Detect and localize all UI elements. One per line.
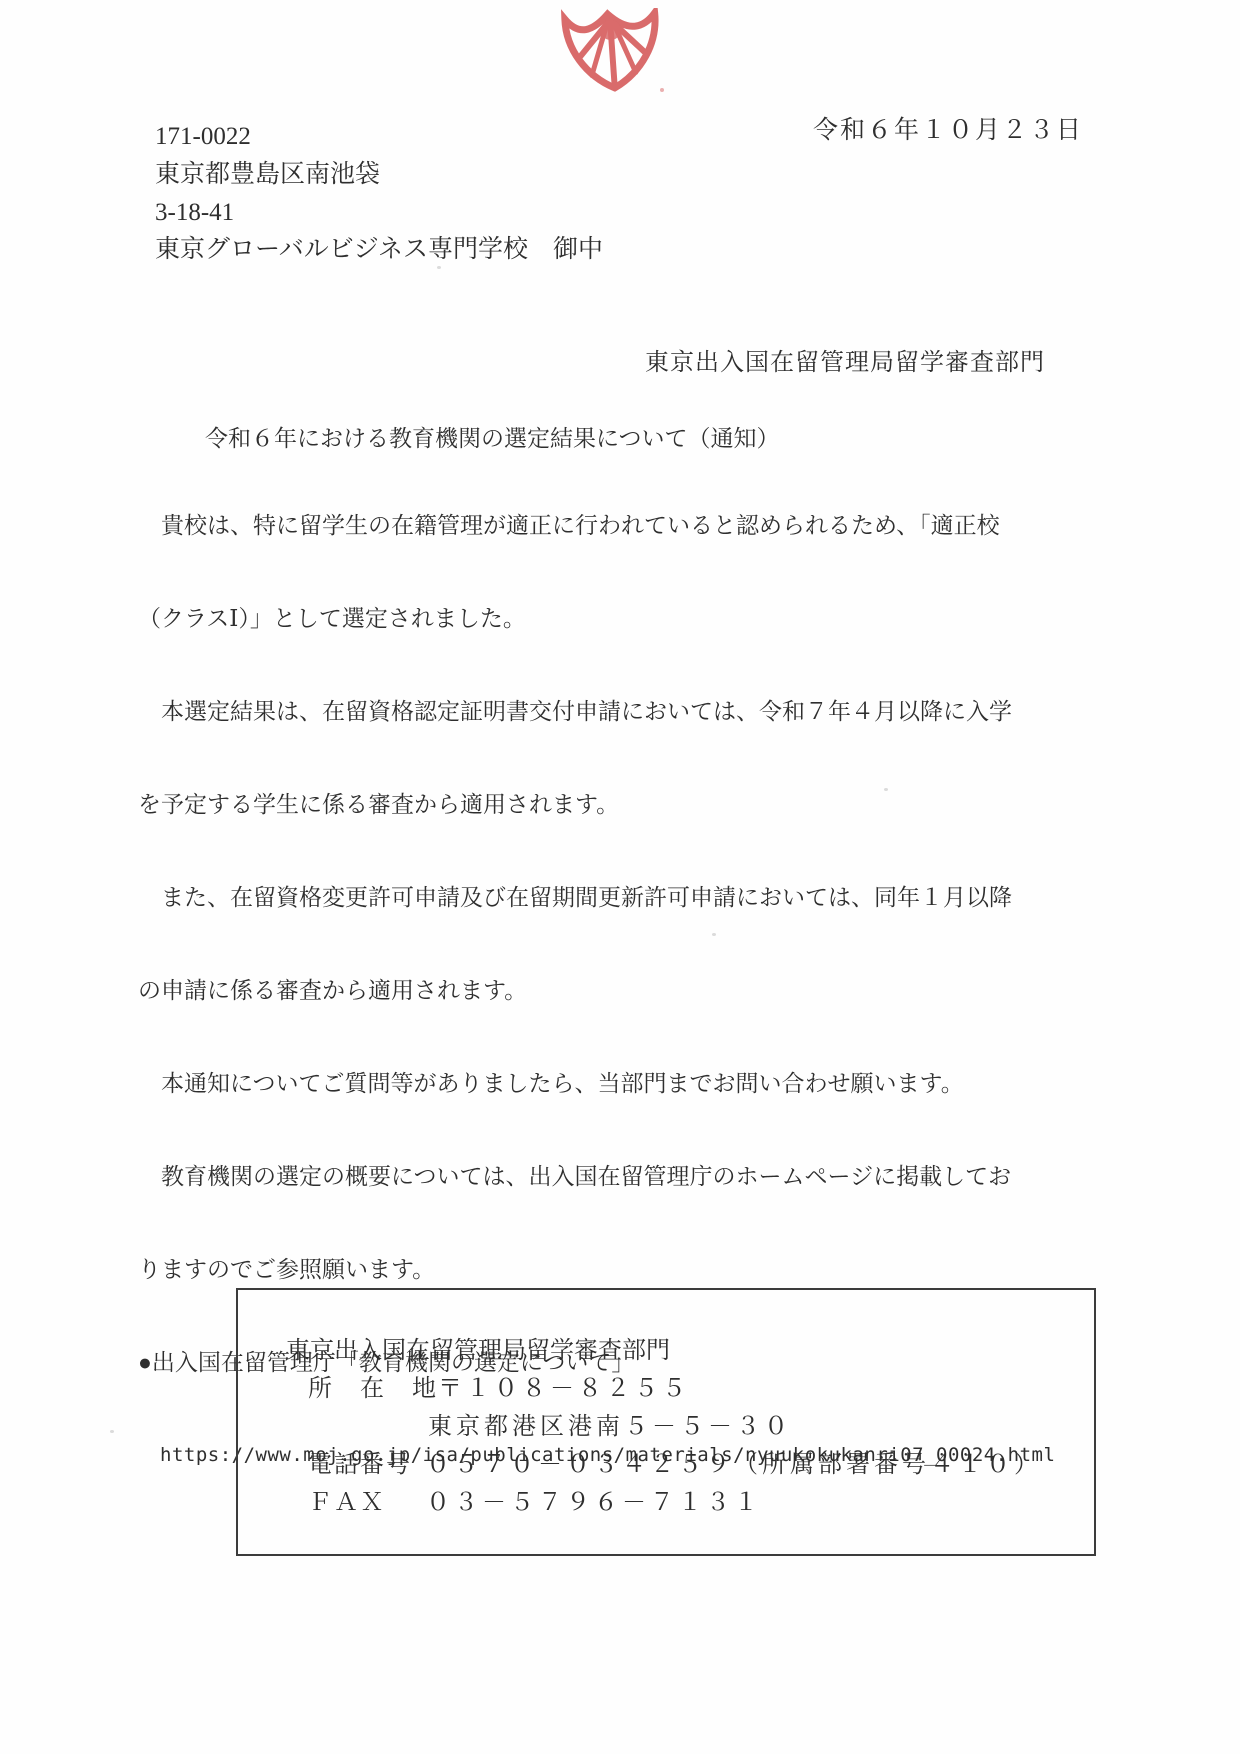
contact-row-address: 所 在 地〒１０８－８２５５ (308, 1368, 690, 1403)
contact-row-address2: 東京都港区港南５－５－３０ (428, 1406, 792, 1441)
red-seal-stamp-icon (560, 8, 664, 96)
contact-row-phone: 電話番号０５７０－０３４２５９（所属部署番号４１０） (308, 1444, 1042, 1479)
recipient-postal-code: 171-0022 (155, 118, 251, 155)
body-line: 本通知についてご質問等がありましたら、当部門までお問い合わせ願います。 (138, 1068, 1038, 1099)
contact-fax-value: ０３－５７９６－７１３１ (426, 1490, 762, 1516)
body-line: 貴校は、特に留学生の在籍管理が適正に行われていると認められるため、「適正校 (138, 510, 1038, 541)
contact-fax-label: ＦＡＸ (308, 1482, 426, 1517)
body-line: りますのでご参照願います。 (138, 1254, 1038, 1285)
sender-department: 東京出入国在留管理局留学審査部門 (645, 342, 1045, 377)
contact-info-box: 東京出入国在留管理局留学審査部門 所 在 地〒１０８－８２５５ 東京都港区港南５… (236, 1288, 1096, 1556)
contact-department: 東京出入国在留管理局留学審査部門 (286, 1330, 670, 1365)
scanned-letter-page: 令和６年１０月２３日 171-0022 東京都豊島区南池袋 3-18-41 東京… (0, 0, 1240, 1754)
scan-speck (712, 933, 716, 936)
scan-speck (884, 788, 888, 791)
body-line: 教育機関の選定の概要については、出入国在留管理庁のホームページに掲載してお (138, 1161, 1038, 1192)
scan-speck (437, 266, 441, 269)
body-line: 本選定結果は、在留資格認定証明書交付申請においては、令和７年４月以降に入学 (138, 696, 1038, 727)
contact-phone-value: ０５７０－０３４２５９（所属部署番号４１０） (426, 1452, 1042, 1478)
scan-speck (660, 88, 664, 92)
body-line: を予定する学生に係る審査から適用されます。 (138, 789, 1038, 820)
contact-address-value: 東京都港区港南５－５－３０ (428, 1414, 792, 1440)
letter-date: 令和６年１０月２３日 (813, 110, 1083, 146)
contact-row-fax: ＦＡＸ０３－５７９６－７１３１ (308, 1482, 762, 1517)
contact-phone-label: 電話番号 (308, 1444, 426, 1479)
contact-address-label: 所 在 地 (308, 1368, 438, 1403)
recipient-name: 東京グローバルビジネス専門学校 御中 (155, 231, 603, 268)
body-line: また、在留資格変更許可申請及び在留期間更新許可申請においては、同年１月以降 (138, 882, 1038, 913)
recipient-address-line1: 東京都豊島区南池袋 (155, 156, 380, 193)
body-line: の申請に係る審査から適用されます。 (138, 975, 1038, 1006)
recipient-address-line2: 3-18-41 (155, 194, 234, 231)
body-line: （クラスⅠ）」として選定されました。 (138, 603, 1038, 634)
contact-postal-value: 〒１０８－８２５５ (438, 1376, 690, 1402)
scan-speck (110, 1430, 114, 1433)
